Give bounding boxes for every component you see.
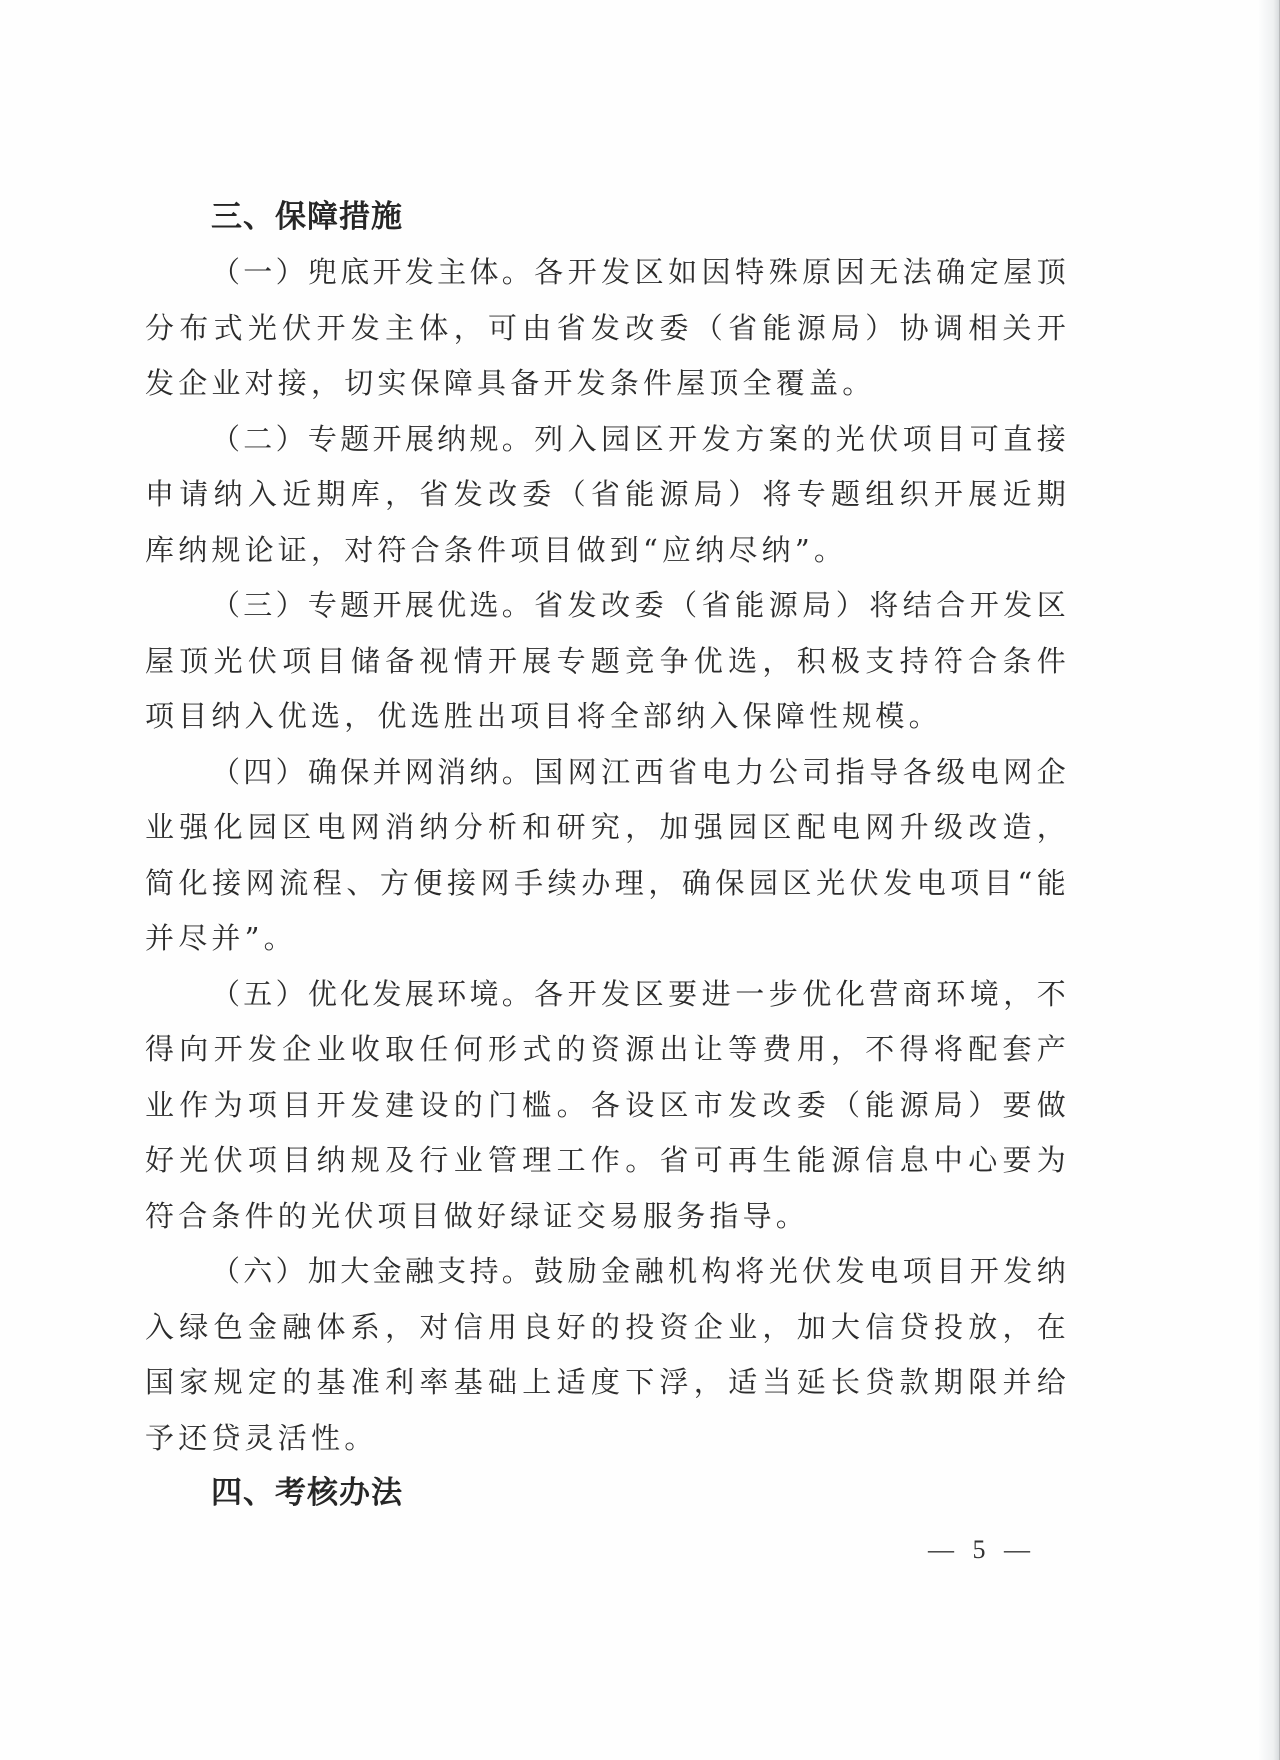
section-heading-safeguards: 三、保障措施 (145, 190, 1070, 245)
document-body: 三、保障措施 （一）兜底开发主体。各开发区如因特殊原因无法确定屋顶分布式光伏开发… (145, 190, 1070, 1521)
paragraph-6: （六）加大金融支持。鼓励金融机构将光伏发电项目开发纳入绿色金融体系，对信用良好的… (145, 1244, 1070, 1466)
section-heading-assessment: 四、考核办法 (145, 1466, 1070, 1521)
paragraph-lead: （五）优化发展环境。 (211, 977, 534, 1011)
paragraph-1: （一）兜底开发主体。各开发区如因特殊原因无法确定屋顶分布式光伏开发主体，可由省发… (145, 245, 1070, 412)
paragraph-lead: （三）专题开展优选。 (211, 588, 534, 622)
document-page: 三、保障措施 （一）兜底开发主体。各开发区如因特殊原因无法确定屋顶分布式光伏开发… (0, 0, 1280, 1760)
paragraph-lead: （二）专题开展纳规。 (211, 422, 534, 456)
paragraph-text: 各开发区要进一步优化营商环境，不得向开发企业收取任何形式的资源出让等费用，不得将… (145, 977, 1070, 1233)
paragraph-lead: （四）确保并网消纳。 (211, 755, 534, 789)
paragraph-lead: （六）加大金融支持。 (211, 1254, 534, 1288)
paragraph-lead: （一）兜底开发主体。 (211, 255, 534, 289)
paragraph-4: （四）确保并网消纳。国网江西省电力公司指导各级电网企业强化园区电网消纳分析和研究… (145, 745, 1070, 967)
scan-edge-shadow (1258, 0, 1280, 1760)
paragraph-3: （三）专题开展优选。省发改委（省能源局）将结合开发区屋顶光伏项目储备视情开展专题… (145, 578, 1070, 745)
paragraph-2: （二）专题开展纳规。列入园区开发方案的光伏项目可直接申请纳入近期库，省发改委（省… (145, 412, 1070, 579)
page-number: — 5 — (928, 1535, 1036, 1565)
paragraph-5: （五）优化发展环境。各开发区要进一步优化营商环境，不得向开发企业收取任何形式的资… (145, 967, 1070, 1245)
